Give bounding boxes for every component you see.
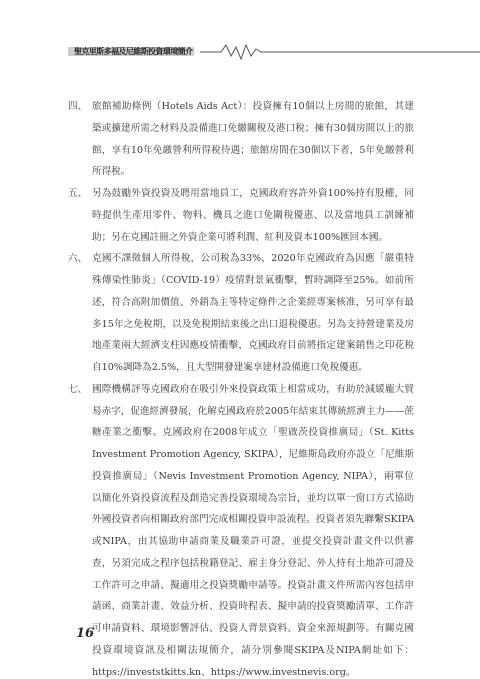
running-header: 聖克里斯多福及尼維斯投資環境簡介 bbox=[68, 44, 414, 60]
list-marker: 五、 bbox=[68, 183, 92, 205]
list-item-text: 旅館補助條例（Hotels Aids Act）：投資擁有10個以上房間的旅館，其… bbox=[92, 96, 414, 183]
list-marker: 四、 bbox=[68, 96, 92, 118]
list-item-7: 七、 國際機構評等克國政府在吸引外來投資政策上相當成功，有助於減緩龐大貿易赤字，… bbox=[68, 379, 414, 679]
list-item-text: 另為鼓勵外資投資及聘用當地員工，克國政府容許外資100%持有股權，同時提供生產用… bbox=[92, 183, 414, 248]
list-marker: 七、 bbox=[68, 379, 92, 401]
document-body: 四、 旅館補助條例（Hotels Aids Act）：投資擁有10個以上房間的旅… bbox=[68, 96, 414, 679]
zigzag-line-decoration bbox=[200, 44, 480, 60]
page-number: 16 bbox=[76, 626, 94, 641]
list-marker: 六、 bbox=[68, 248, 92, 270]
list-item-5: 五、 另為鼓勵外資投資及聘用當地員工，克國政府容許外資100%持有股權，同時提供… bbox=[68, 183, 414, 248]
list-item-text: 克國不課徵個人所得稅，公司稅為33%，2020年克國政府為因應「嚴重特殊傳染性肺… bbox=[92, 248, 414, 379]
list-item-text: 國際機構評等克國政府在吸引外來投資政策上相當成功，有助於減緩龐大貿易赤字，促進經… bbox=[92, 379, 414, 679]
list-item-4: 四、 旅館補助條例（Hotels Aids Act）：投資擁有10個以上房間的旅… bbox=[68, 96, 414, 183]
running-header-title: 聖克里斯多福及尼維斯投資環境簡介 bbox=[68, 47, 194, 56]
list-item-6: 六、 克國不課徵個人所得稅，公司稅為33%，2020年克國政府為因應「嚴重特殊傳… bbox=[68, 248, 414, 379]
